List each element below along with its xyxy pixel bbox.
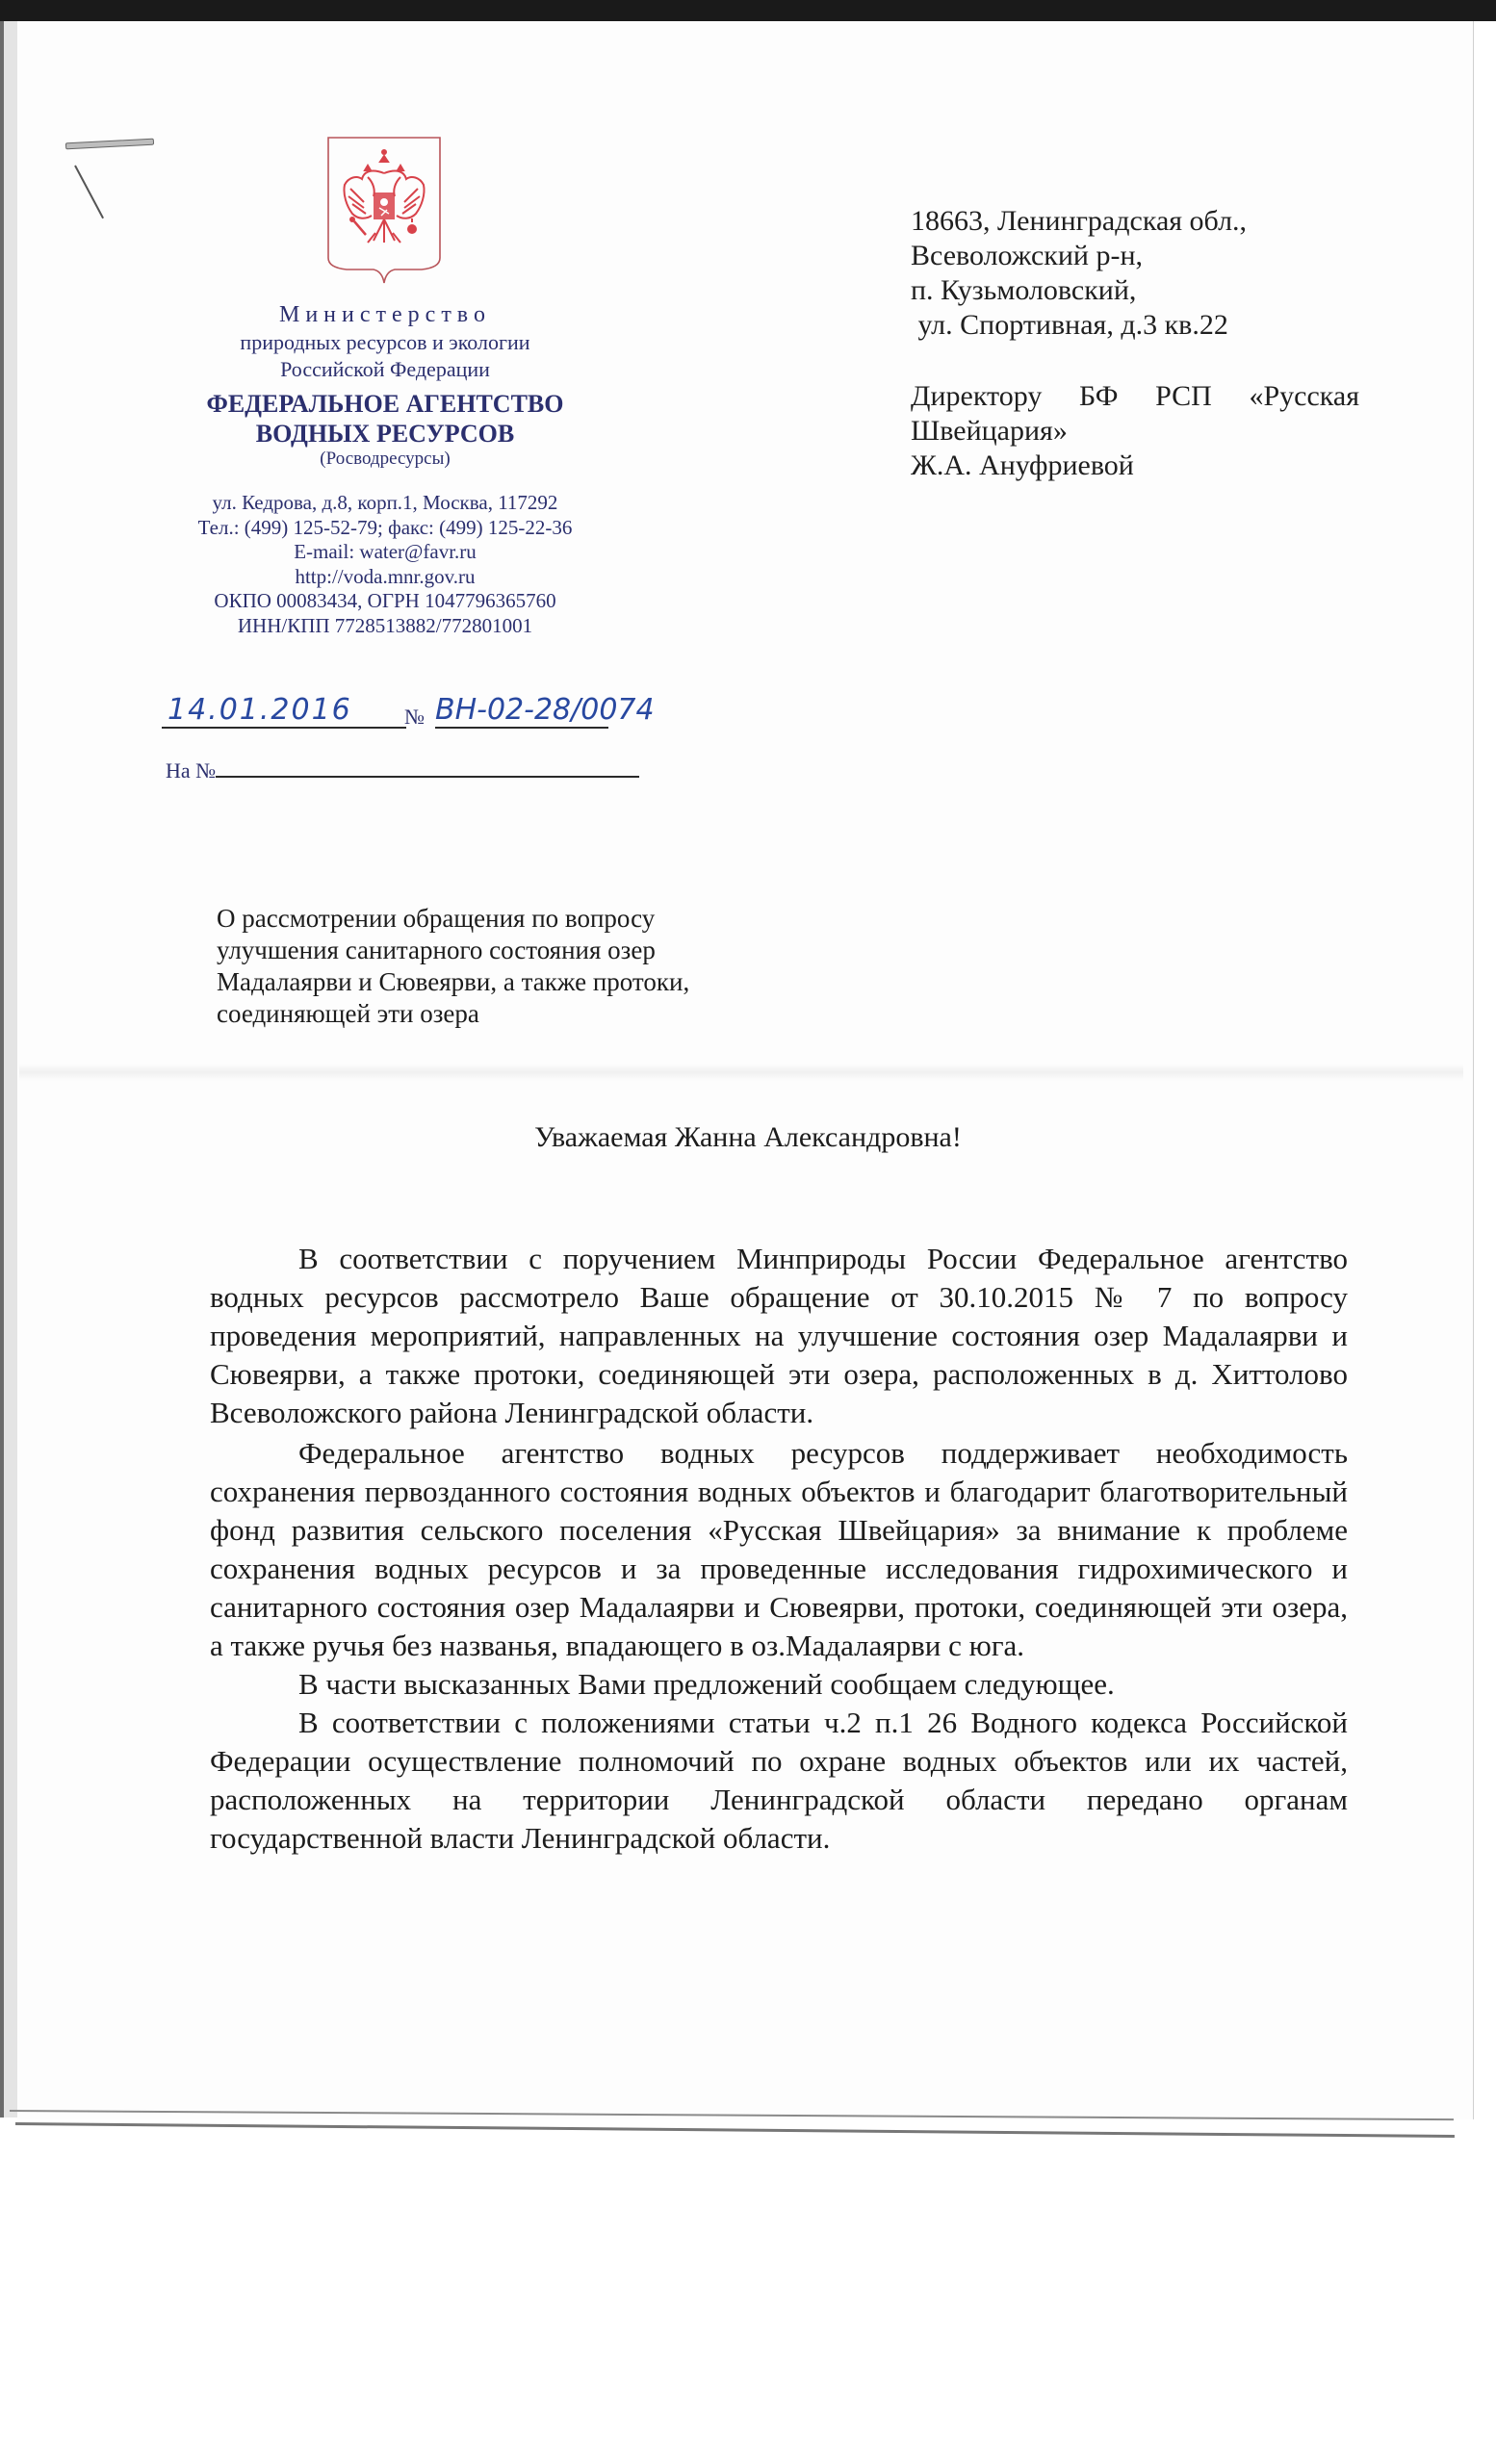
scanner-background [0, 0, 1496, 21]
recipient-line: Швейцария» [911, 414, 1373, 449]
agency-contacts: ул. Кедрова, д.8, корп.1, Москва, 117292… [144, 491, 626, 638]
agency-phones: Тел.: (499) 125-52-79; факс: (499) 125-2… [144, 516, 626, 541]
body-paragraph: В соответствии с положениями статьи ч.2 … [210, 1704, 1348, 1858]
ministry-name-line-2: природных ресурсов и экологии [144, 329, 626, 356]
agency-short-name: (Росводресурсы) [144, 449, 626, 470]
outgoing-number: ВН-02-28/0074 [435, 693, 608, 729]
recipient-line: Ж.А. Ануфриевой [911, 449, 1373, 483]
number-label: № [404, 705, 425, 730]
agency-website: http://voda.mnr.gov.ru [144, 565, 626, 590]
reference-label: На № [166, 758, 216, 783]
agency-email: E-mail: water@favr.ru [144, 540, 626, 565]
letterhead: Министерство природных ресурсов и эколог… [144, 300, 626, 638]
outgoing-date: 14.01.2016 [162, 693, 406, 729]
page-edge-shadow [4, 21, 17, 2117]
reference-blank [216, 758, 639, 778]
recipient-line: Директору БФ РСП «Русская [911, 379, 1359, 414]
registration-line: 14.01.2016 № ВН-02-28/0074 [162, 693, 701, 737]
agency-name-line-2: ВОДНЫХ РЕСУРСОВ [144, 419, 626, 449]
addressee-block: 18663, Ленинградская обл., Всеволожский … [911, 204, 1373, 483]
addressee-line: 18663, Ленинградская обл., [911, 204, 1373, 239]
agency-okpo-ogrn: ОКПО 00083434, ОГРН 1047796365760 [144, 589, 626, 614]
agency-inn-kpp: ИНН/КПП 7728513882/772801001 [144, 614, 626, 639]
agency-address: ул. Кедрова, д.8, корп.1, Москва, 117292 [144, 491, 626, 516]
agency-name-line-1: ФЕДЕРАЛЬНОЕ АГЕНТСТВО [144, 389, 626, 419]
salutation: Уважаемая Жанна Александровна! [0, 1121, 1496, 1154]
body-paragraph: В соответствии с поручением Минприроды Р… [210, 1240, 1348, 1432]
russian-coat-of-arms-icon [325, 135, 443, 287]
ministry-name-line-3: Российской Федерации [144, 356, 626, 383]
addressee-line: п. Кузьмоловский, [911, 273, 1373, 308]
letter-subject: О рассмотрении обращения по вопросу улуч… [217, 903, 736, 1030]
addressee-line: ул. Спортивная, д.3 кв.22 [911, 308, 1373, 343]
page-bottom-edge-underlying [15, 2122, 1455, 2138]
letter-body: В соответствии с поручением Минприроды Р… [210, 1240, 1348, 1858]
addressee-line: Всеволожский р-н, [911, 239, 1373, 273]
reference-line: На № [166, 758, 639, 783]
ministry-title: Министерство [144, 300, 626, 329]
body-paragraph: Федеральное агентство водных ресурсов по… [210, 1434, 1348, 1665]
body-paragraph: В части высказанных Вами предложений соо… [210, 1665, 1348, 1704]
fold-line [19, 1064, 1463, 1081]
